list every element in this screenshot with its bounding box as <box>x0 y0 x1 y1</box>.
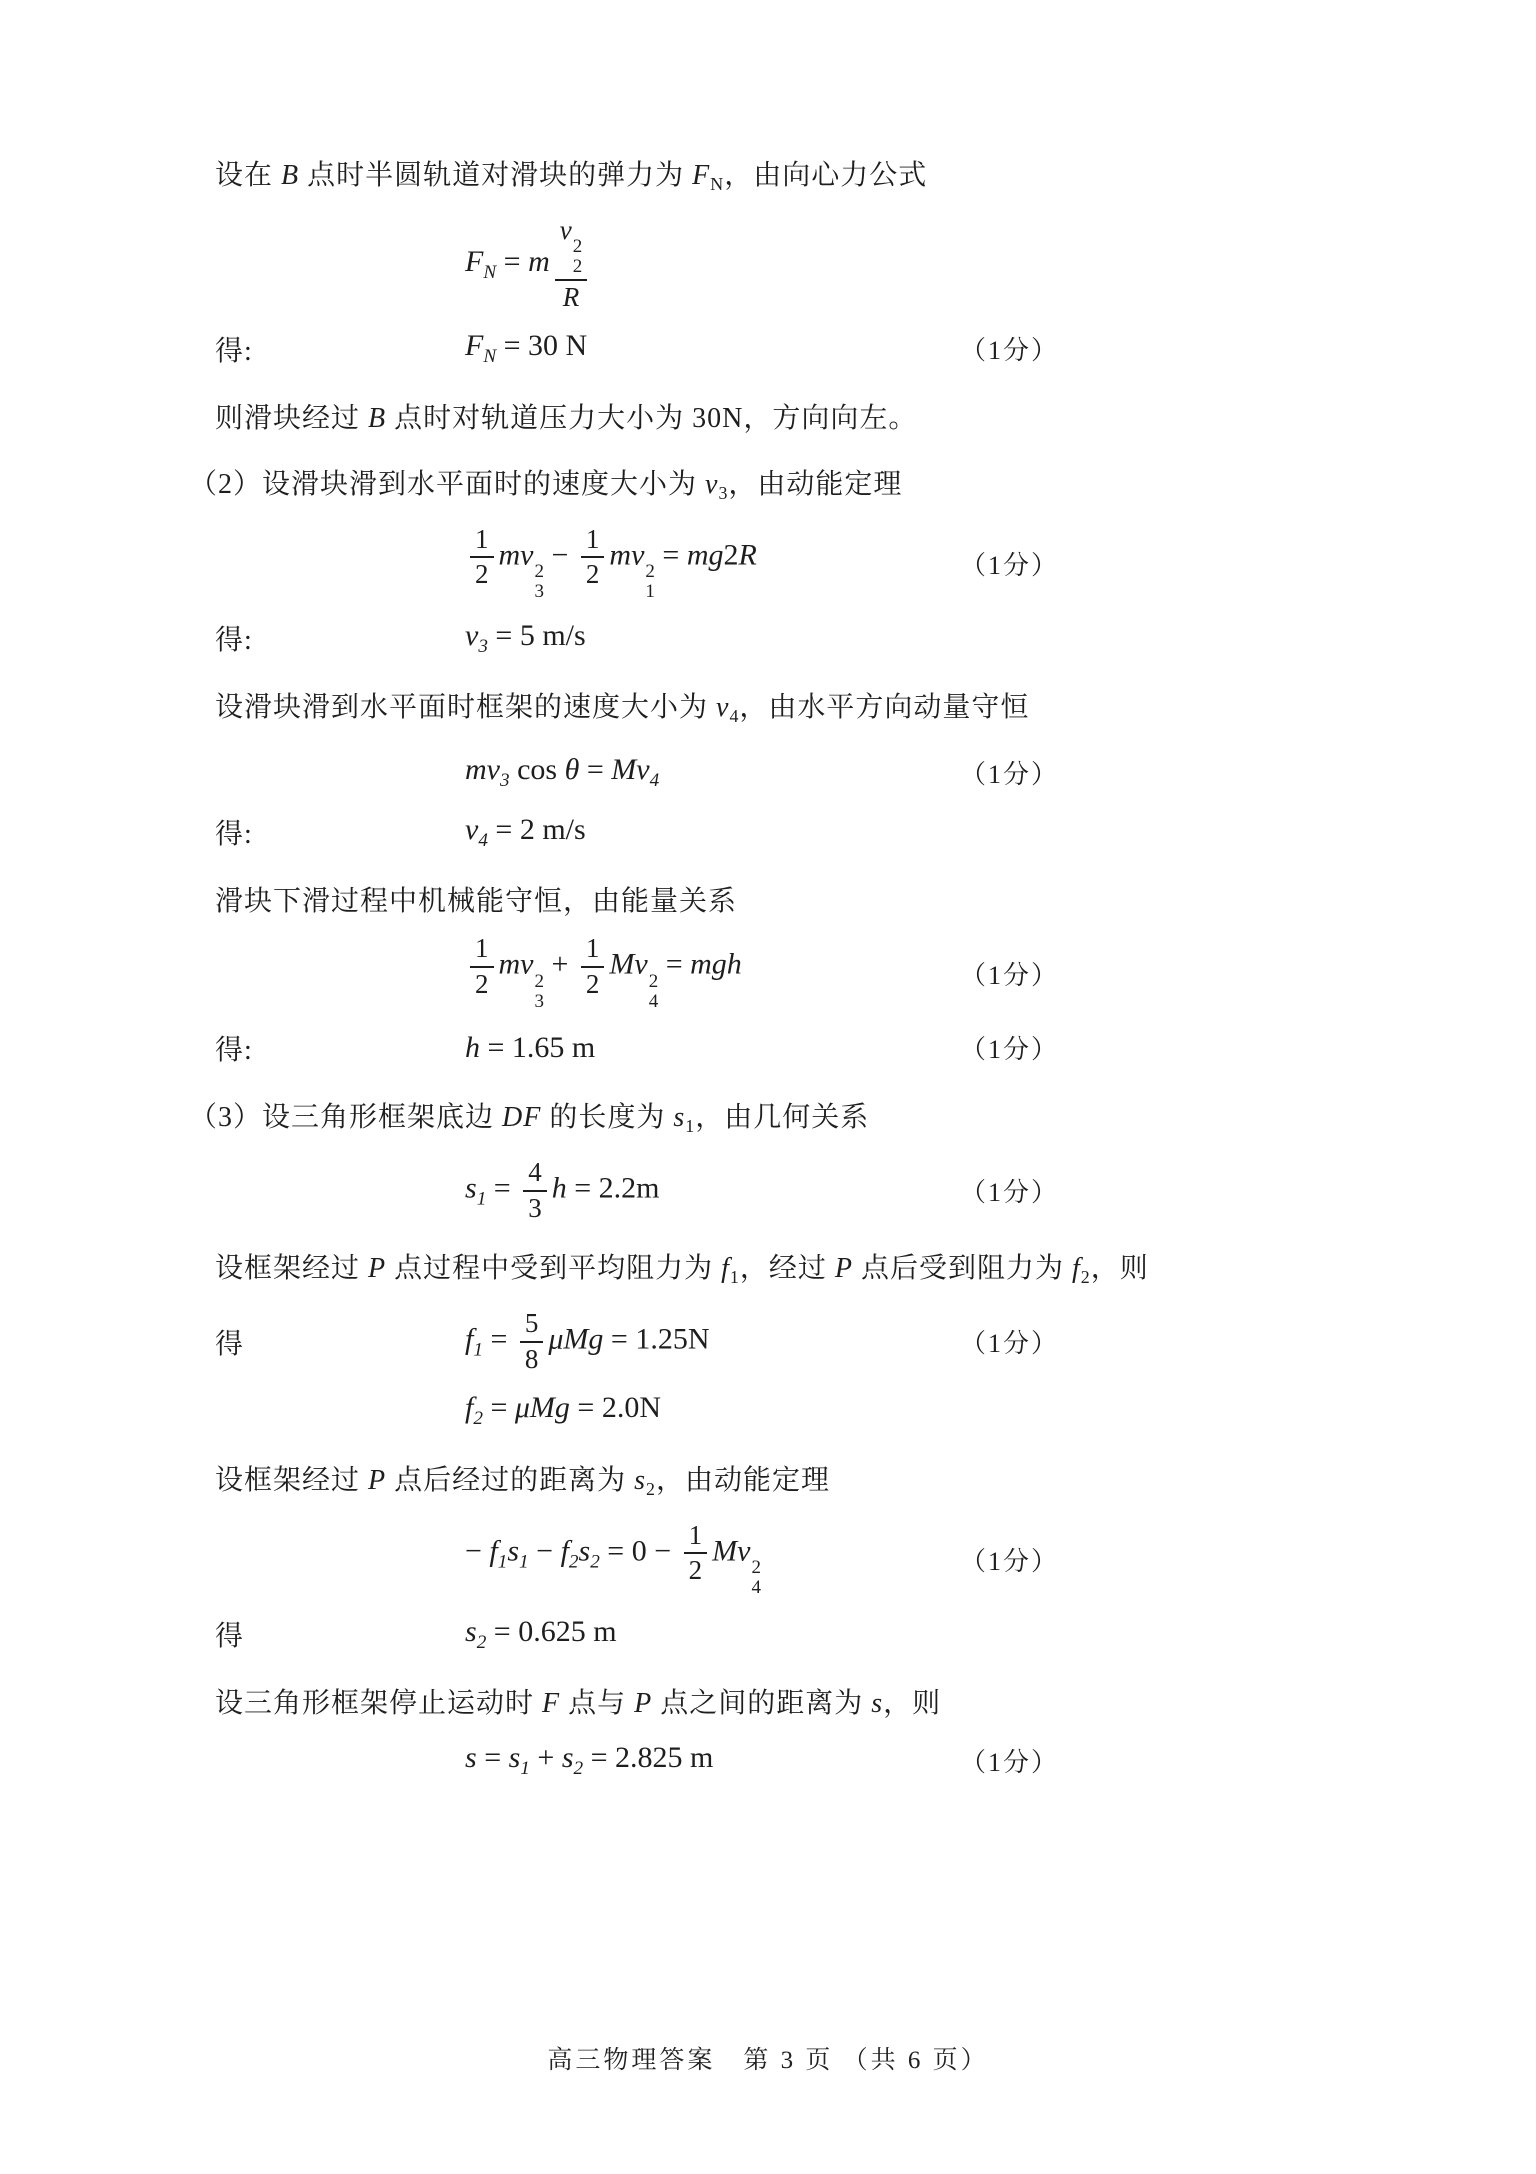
text-run: + <box>544 948 576 981</box>
math-variable: s <box>507 1534 519 1567</box>
math-variable: v <box>705 469 718 500</box>
math-variable: R <box>738 538 756 571</box>
text-run: 点后受到阻力为 <box>853 1253 1072 1284</box>
text-run: 1 <box>586 933 600 963</box>
text-run: 点后经过的距离为 <box>386 1465 634 1496</box>
math-variable: F <box>465 245 483 278</box>
math-variable: s <box>465 1615 477 1648</box>
formula: f2 = μMg = 2.0N <box>465 1391 960 1430</box>
superscript: 2 <box>534 562 544 582</box>
text-run: = <box>483 1391 515 1424</box>
formula: v4 = 2 m/s <box>465 813 960 852</box>
derive-label: 得 <box>215 1614 465 1654</box>
subscript: 4 <box>729 706 739 726</box>
text-run: = 0.625 m <box>486 1615 616 1648</box>
math-variable: s <box>871 1688 883 1719</box>
solution-paragraph: 则滑块经过 B 点时对轨道压力大小为 30N，方向向左。 <box>215 399 1436 439</box>
math-variable: v <box>465 813 478 846</box>
math-variable: s <box>562 1741 574 1774</box>
text-run: 2 <box>586 969 600 999</box>
math-variable: s <box>465 1171 477 1204</box>
solution-paragraph: 设在 B 点时半圆轨道对滑块的弹力为 FN，由向心力公式 <box>215 156 1436 204</box>
text-run: 设三角形框架停止运动时 <box>215 1688 542 1719</box>
text-run: ，由动能定理 <box>656 1465 830 1496</box>
text-run: = <box>579 753 611 786</box>
formula-row: s = s1 + s2 = 2.825 m（1分） <box>215 1736 1436 1784</box>
text-run: ，则 <box>883 1688 941 1719</box>
subscript: 1 <box>645 582 655 602</box>
solution-paragraph: 设滑块滑到水平面时框架的速度大小为 v4，由水平方向动量守恒 <box>215 688 1436 736</box>
text-run: + <box>530 1741 562 1774</box>
formula-row: 得s2 = 0.625 m <box>215 1610 1436 1658</box>
subscript: 4 <box>751 1578 761 1598</box>
text-run: 2 <box>723 538 738 571</box>
math-variable: s <box>673 1102 685 1133</box>
fraction: 12 <box>581 934 605 999</box>
math-variable: Mv <box>609 948 647 981</box>
text-run: = 1.65 m <box>480 1031 595 1064</box>
subscript: 4 <box>650 770 660 791</box>
formula: f1 = 58μMg = 1.25N <box>465 1309 960 1374</box>
formula: 12mv23 + 12Mv24 = mgh <box>465 934 960 1012</box>
text-run: 1 <box>475 524 489 554</box>
text-run: 2 <box>475 969 489 999</box>
math-variable: F <box>465 329 483 362</box>
subscript: 1 <box>498 1551 508 1572</box>
numerator: 1 <box>581 525 605 559</box>
text-run: 设框架经过 <box>215 1465 368 1496</box>
math-variable: s <box>634 1465 646 1496</box>
math-variable: s <box>579 1534 591 1567</box>
subscript: 1 <box>730 1267 740 1287</box>
math-variable: mv <box>465 753 500 786</box>
subscript: 1 <box>519 1551 529 1572</box>
superscript: 2 <box>573 237 583 257</box>
formula-row: − f1s1 − f2s2 = 0 − 12Mv24（1分） <box>215 1521 1436 1599</box>
subscript: 3 <box>478 636 488 657</box>
text-run: = <box>477 1741 509 1774</box>
math-variable: s <box>465 1741 477 1774</box>
sub-sup-stack: 23 <box>534 562 544 602</box>
text-run: = 0 − <box>600 1534 679 1567</box>
math-variable: f <box>489 1534 497 1567</box>
subscript: 2 <box>590 1551 600 1572</box>
score-mark: （1分） <box>960 754 1059 791</box>
text-run: （3）设三角形框架底边 <box>189 1102 502 1133</box>
text-run: ，由几何关系 <box>695 1102 869 1133</box>
subscript: 1 <box>520 1758 530 1779</box>
formula-row: 得:h = 1.65 m（1分） <box>215 1024 1436 1072</box>
subscript: 1 <box>685 1116 695 1136</box>
numerator: v22 <box>555 216 587 281</box>
formula-row: s1 = 43h = 2.2m（1分） <box>215 1158 1436 1223</box>
text-run: ，由向心力公式 <box>724 160 927 191</box>
text-run: 3 <box>528 1193 542 1223</box>
solution-paragraph: 设三角形框架停止运动时 F 点与 P 点之间的距离为 s，则 <box>215 1684 1436 1724</box>
formula: v3 = 5 m/s <box>465 619 960 658</box>
subscript: N <box>483 346 496 367</box>
text-run: 5 <box>525 1308 539 1338</box>
solution-paragraph: （3）设三角形框架底边 DF 的长度为 s1，由几何关系 <box>189 1098 1436 1146</box>
math-variable: m <box>528 245 550 278</box>
math-variable: v <box>560 215 572 245</box>
score-mark: （1分） <box>960 330 1059 367</box>
denominator: 2 <box>684 1554 708 1586</box>
text-run: − <box>544 538 576 571</box>
math-variable: f <box>1072 1253 1081 1284</box>
numerator: 1 <box>684 1521 708 1555</box>
formula-row: FN = mv22R <box>215 216 1436 313</box>
subscript: N <box>483 262 496 283</box>
score-mark: （1分） <box>960 1323 1059 1360</box>
text-run: = 2.0N <box>570 1391 661 1424</box>
formula: − f1s1 − f2s2 = 0 − 12Mv24 <box>465 1521 960 1599</box>
subscript: 2 <box>473 1408 483 1429</box>
score-mark: （1分） <box>960 955 1059 992</box>
text-run: 2 <box>475 559 489 589</box>
text-run: 设在 <box>215 160 281 191</box>
denominator: 2 <box>470 968 494 1000</box>
subscript: 2 <box>1081 1267 1091 1287</box>
score-mark: （1分） <box>960 1742 1059 1779</box>
formula-row: 得f1 = 58μMg = 1.25N（1分） <box>215 1309 1436 1374</box>
text-run: = 2.825 m <box>583 1741 713 1774</box>
subscript: 4 <box>478 830 488 851</box>
text-run: = 1.25N <box>603 1323 709 1356</box>
subscript: 2 <box>646 1479 656 1499</box>
derive-label: 得 <box>215 1322 465 1362</box>
math-variable: P <box>368 1465 386 1496</box>
text-run: 设滑块滑到水平面时框架的速度大小为 <box>215 692 716 723</box>
denominator: 2 <box>470 558 494 590</box>
text-run: 8 <box>525 1344 539 1374</box>
math-variable: h <box>465 1031 480 1064</box>
text-run: 滑块下滑过程中机械能守恒，由能量关系 <box>215 886 737 917</box>
math-variable: P <box>835 1253 853 1284</box>
derive-label: 得: <box>215 618 465 658</box>
text-run: = 2.2m <box>567 1171 660 1204</box>
text-run: − <box>529 1534 561 1567</box>
score-mark: （1分） <box>960 1541 1059 1578</box>
fraction: v22R <box>555 216 587 313</box>
formula-row: 得:FN = 30 N（1分） <box>215 325 1436 373</box>
text-run: − <box>465 1534 489 1567</box>
math-variable: P <box>368 1253 386 1284</box>
math-variable: DF <box>502 1102 541 1133</box>
sub-sup-stack: 22 <box>573 237 583 277</box>
text-run: 1 <box>475 933 489 963</box>
solution-content: 设在 B 点时半圆轨道对滑块的弹力为 FN，由向心力公式FN = mv22R得:… <box>215 156 1436 1784</box>
text-run: cos <box>510 753 565 786</box>
score-mark: （1分） <box>960 1029 1059 1066</box>
formula: s = s1 + s2 = 2.825 m <box>465 1741 960 1780</box>
math-variable: v <box>716 692 729 723</box>
math-variable: mgh <box>690 948 742 981</box>
denominator: 8 <box>520 1343 544 1375</box>
text-run: 1 <box>689 1520 703 1550</box>
text-run: = 2 m/s <box>488 813 586 846</box>
answer-sheet-page: 设在 B 点时半圆轨道对滑块的弹力为 FN，由向心力公式FN = mv22R得:… <box>0 0 1536 2174</box>
math-variable: μMg <box>515 1391 570 1424</box>
fraction: 58 <box>520 1309 544 1374</box>
superscript: 2 <box>751 1558 761 1578</box>
solution-paragraph: 设框架经过 P 点过程中受到平均阻力为 f1，经过 P 点后受到阻力为 f2，则 <box>215 1249 1436 1297</box>
formula-row: 12mv23 + 12Mv24 = mgh（1分） <box>215 934 1436 1012</box>
formula-row: 12mv23 − 12mv21 = mg2R（1分） <box>215 525 1436 603</box>
formula-row: 得:v4 = 2 m/s <box>215 808 1436 856</box>
text-run: 点之间的距离为 <box>652 1688 871 1719</box>
text-run: = 5 m/s <box>488 619 586 652</box>
superscript: 2 <box>534 972 544 992</box>
text-run: 则滑块经过 <box>215 403 368 434</box>
math-variable: mv <box>499 538 534 571</box>
formula: FN = 30 N <box>465 329 960 368</box>
sub-sup-stack: 24 <box>649 972 659 1012</box>
subscript: 3 <box>534 582 544 602</box>
math-variable: R <box>563 282 580 312</box>
subscript: 2 <box>477 1632 487 1653</box>
superscript: 2 <box>645 562 655 582</box>
numerator: 1 <box>470 525 494 559</box>
text-run: ，经过 <box>740 1253 835 1284</box>
text-run: 2 <box>586 559 600 589</box>
math-variable: B <box>281 160 299 191</box>
math-variable: mg <box>687 538 724 571</box>
formula: 12mv23 − 12mv21 = mg2R <box>465 525 960 603</box>
math-variable: f <box>561 1534 569 1567</box>
formula-row: f2 = μMg = 2.0N <box>215 1387 1436 1435</box>
text-run: 1 <box>586 524 600 554</box>
subscript: 3 <box>500 770 510 791</box>
text-run: ，则 <box>1091 1253 1149 1284</box>
formula-row: 得:v3 = 5 m/s <box>215 614 1436 662</box>
text-run: ，由水平方向动量守恒 <box>739 692 1029 723</box>
subscript: N <box>710 174 724 194</box>
superscript: 2 <box>649 972 659 992</box>
math-variable: Mv <box>712 1534 750 1567</box>
score-mark: （1分） <box>960 545 1059 582</box>
denominator: 2 <box>581 558 605 590</box>
subscript: 3 <box>534 992 544 1012</box>
math-variable: h <box>552 1171 567 1204</box>
math-variable: θ <box>565 753 580 786</box>
math-variable: v <box>465 619 478 652</box>
text-run: 的长度为 <box>541 1102 673 1133</box>
text-run: 设框架经过 <box>215 1253 368 1284</box>
formula: s1 = 43h = 2.2m <box>465 1158 960 1223</box>
solution-paragraph: 设框架经过 P 点后经过的距离为 s2，由动能定理 <box>215 1461 1436 1509</box>
subscript: 1 <box>477 1188 487 1209</box>
formula-row: mv3 cos θ = Mv4（1分） <box>215 748 1436 796</box>
formula: mv3 cos θ = Mv4 <box>465 753 960 792</box>
fraction: 12 <box>470 525 494 590</box>
subscript: 4 <box>649 992 659 1012</box>
math-variable: F <box>542 1688 560 1719</box>
text-run: = <box>486 1171 518 1204</box>
fraction: 12 <box>581 525 605 590</box>
math-variable: mv <box>609 538 644 571</box>
solution-paragraph: （2）设滑块滑到水平面时的速度大小为 v3，由动能定理 <box>189 465 1436 513</box>
text-run: （2）设滑块滑到水平面时的速度大小为 <box>189 469 705 500</box>
page-footer: 高三物理答案 第 3 页 （共 6 页） <box>0 2040 1536 2076</box>
derive-label: 得: <box>215 812 465 852</box>
fraction: 12 <box>684 1521 708 1586</box>
text-run: = <box>496 245 528 278</box>
numerator: 1 <box>470 934 494 968</box>
text-run: = <box>658 948 690 981</box>
text-run: = <box>655 538 687 571</box>
math-variable: mv <box>499 948 534 981</box>
math-variable: F <box>692 160 710 191</box>
denominator: 2 <box>581 968 605 1000</box>
numerator: 4 <box>523 1158 547 1192</box>
subscript: 3 <box>718 483 728 503</box>
text-run: = <box>483 1323 515 1356</box>
fraction: 12 <box>470 934 494 999</box>
text-run: ，由动能定理 <box>728 469 902 500</box>
subscript: 1 <box>473 1340 483 1361</box>
numerator: 5 <box>520 1309 544 1343</box>
text-run: 点与 <box>560 1688 634 1719</box>
text-run: 点时半圆轨道对滑块的弹力为 <box>299 160 692 191</box>
math-variable: f <box>721 1253 730 1284</box>
fraction: 43 <box>523 1158 547 1223</box>
formula: h = 1.65 m <box>465 1031 960 1065</box>
text-run: 点过程中受到平均阻力为 <box>386 1253 721 1284</box>
solution-paragraph: 滑块下滑过程中机械能守恒，由能量关系 <box>215 882 1436 922</box>
sub-sup-stack: 23 <box>534 972 544 1012</box>
text-run: 2 <box>689 1555 703 1585</box>
sub-sup-stack: 24 <box>751 1558 761 1598</box>
subscript: 2 <box>574 1758 584 1779</box>
subscript: 2 <box>573 257 583 277</box>
text-run: = 30 N <box>496 329 587 362</box>
math-variable: Mv <box>611 753 649 786</box>
math-variable: s <box>509 1741 521 1774</box>
subscript: 2 <box>569 1551 579 1572</box>
formula: FN = mv22R <box>465 216 960 313</box>
numerator: 1 <box>581 934 605 968</box>
score-mark: （1分） <box>960 1172 1059 1209</box>
math-variable: P <box>634 1688 652 1719</box>
text-run: 4 <box>528 1157 542 1187</box>
sub-sup-stack: 21 <box>645 562 655 602</box>
formula: s2 = 0.625 m <box>465 1615 960 1654</box>
text-run: 点时对轨道压力大小为 30N，方向向左。 <box>386 403 917 434</box>
denominator: R <box>558 281 585 313</box>
math-variable: μMg <box>548 1323 603 1356</box>
derive-label: 得: <box>215 329 465 369</box>
derive-label: 得: <box>215 1028 465 1068</box>
math-variable: B <box>368 403 386 434</box>
denominator: 3 <box>523 1192 547 1224</box>
